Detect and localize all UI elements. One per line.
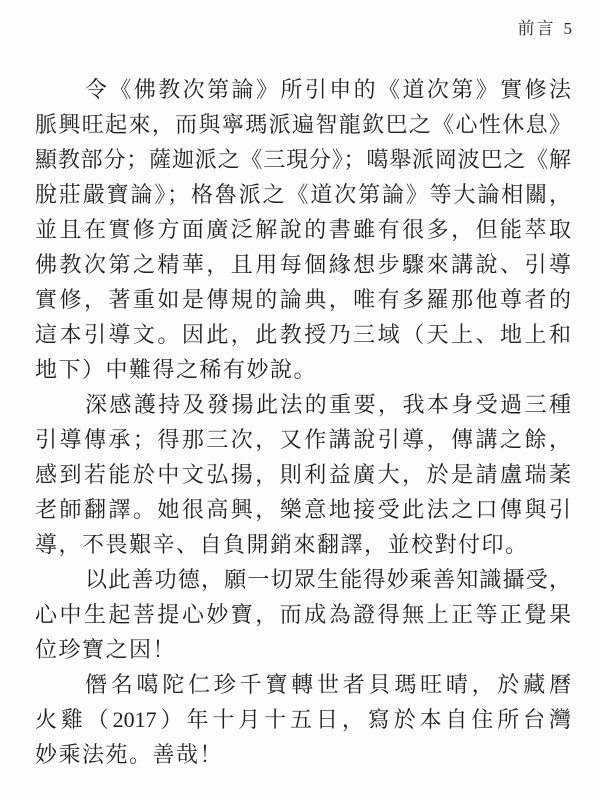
text-line-10: 深感護持及發揚此法的重要，我本身受過三種 xyxy=(35,387,571,422)
text-line-14: 導，不畏艱辛、自負開銷來翻譯，並校對付印。 xyxy=(35,527,571,562)
scanned-book-page: 前言5 令《佛教次第論》所引申的《道次第》實修法 脈興旺起來，而與寧瑪派遍智龍欽… xyxy=(0,0,600,800)
body-text: 令《佛教次第論》所引申的《道次第》實修法 脈興旺起來，而與寧瑪派遍智龍欽巴之《心… xyxy=(35,72,571,772)
text-line-04: 脫莊嚴寶論》；格魯派之《道次第論》等大論相關， xyxy=(35,177,571,212)
page-header: 前言5 xyxy=(518,14,573,39)
header-page-number: 5 xyxy=(564,19,573,38)
text-line-03: 顯教部分；薩迦派之《三現分》；噶舉派岡波巴之《解 xyxy=(35,142,571,177)
header-section-title: 前言 xyxy=(518,19,556,38)
text-line-13: 老師翻譯。她很高興，樂意地接受此法之口傳與引 xyxy=(35,492,571,527)
text-line-11: 引導傳承；得那三次，又作講說引導，傳講之餘， xyxy=(35,422,571,457)
text-line-08: 這本引導文。因此，此教授乃三域（天上、地上和 xyxy=(35,317,571,352)
text-line-09: 地下）中難得之稀有妙說。 xyxy=(35,352,571,387)
text-line-05: 並且在實修方面廣泛解說的書雖有很多，但能萃取 xyxy=(35,212,571,247)
text-line-12: 感到若能於中文弘揚，則利益廣大，於是請盧瑞葇 xyxy=(35,457,571,492)
text-line-07: 實修，著重如是傳規的論典，唯有多羅那他尊者的 xyxy=(35,282,571,317)
text-line-19: 火雞（2017）年十月十五日，寫於本自住所台灣 xyxy=(35,702,571,737)
text-line-16: 心中生起菩提心妙寶，而成為證得無上正等正覺果 xyxy=(35,597,571,632)
text-line-01: 令《佛教次第論》所引申的《道次第》實修法 xyxy=(35,72,571,107)
text-line-20: 妙乘法苑。善哉！ xyxy=(35,737,571,772)
text-line-18: 僭名噶陀仁珍千寶轉世者貝瑪旺晴，於藏曆 xyxy=(35,667,571,702)
text-line-02: 脈興旺起來，而與寧瑪派遍智龍欽巴之《心性休息》 xyxy=(35,107,571,142)
text-line-15: 以此善功德，願一切眾生能得妙乘善知識攝受， xyxy=(35,562,571,597)
text-line-06: 佛教次第之精華，且用每個緣想步驟來講說、引導 xyxy=(35,247,571,282)
text-line-17: 位珍寶之因！ xyxy=(35,632,571,667)
